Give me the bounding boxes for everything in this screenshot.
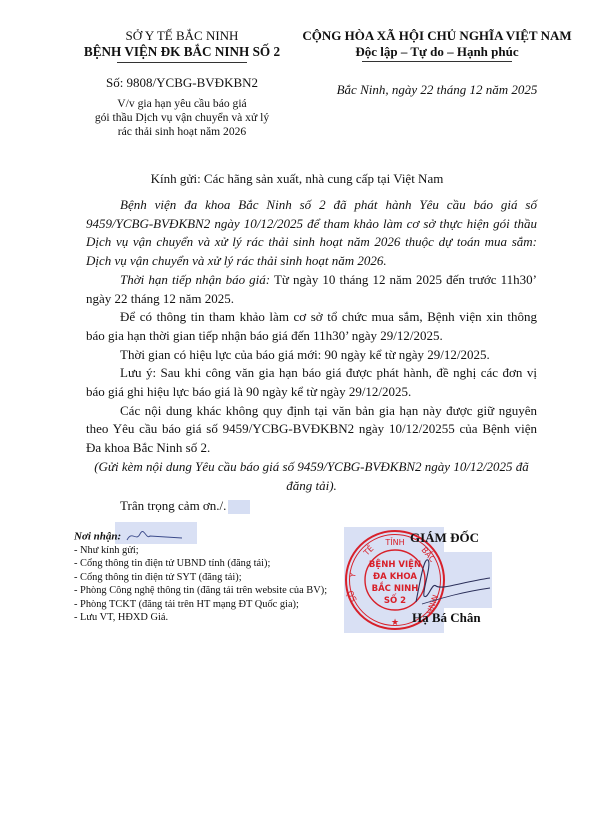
signer-title: GIÁM ĐỐC (410, 530, 479, 546)
svg-text:SỞ: SỞ (344, 588, 359, 604)
signer-name: Hạ Bá Chân (412, 610, 481, 626)
recipient-item: - Như kính gửi; (74, 544, 364, 557)
initial-mark (228, 500, 250, 514)
paragraph-1: Bệnh viện đa khoa Bắc Ninh số 2 đã phát … (86, 196, 537, 271)
subject-line: V/v gia hạn yêu cầu báo giá (64, 97, 300, 111)
divider (362, 61, 512, 62)
salutation: Kính gửi: Các hãng sản xuất, nhà cung cấ… (0, 171, 594, 187)
doc-number: Số: 9808/YCBG-BVĐKBN2 (64, 75, 300, 91)
paragraph-2: Thời hạn tiếp nhận báo giá: Từ ngày 10 t… (86, 271, 537, 308)
paragraph-3: Để có thông tin tham khảo làm cơ sở tổ c… (86, 308, 537, 345)
recipient-item: - Lưu VT, HĐXD Giá. (74, 611, 364, 624)
paragraph-6: Các nội dung khác không quy định tại văn… (86, 402, 537, 458)
recipients-title: Nơi nhận: (74, 530, 364, 544)
recipients: Nơi nhận: - Như kính gửi; - Cổng thông t… (74, 530, 364, 624)
nation-title: CỘNG HÒA XÃ HỘI CHỦ NGHĨA VIỆT NAM (292, 28, 582, 44)
svg-text:TỈNH: TỈNH (384, 536, 404, 547)
subject-line: rác thải sinh hoạt năm 2026 (64, 125, 300, 139)
paragraph-4: Thời gian có hiệu lực của báo giá mới: 9… (86, 346, 537, 365)
paragraph-5: Lưu ý: Sau khi công văn gia hạn báo giá … (86, 364, 537, 401)
subject-line: gói thầu Dịch vụ vận chuyển và xử lý (64, 111, 300, 125)
header-right: CỘNG HÒA XÃ HỘI CHỦ NGHĨA VIỆT NAM Độc l… (292, 28, 582, 98)
divider (117, 62, 247, 63)
closing: Trân trọng cảm ơn./. (86, 497, 537, 516)
recipient-item: - Cổng thông tin điện tử SYT (đăng tải); (74, 571, 364, 584)
svg-text:★: ★ (391, 617, 399, 627)
attachment-note: (Gửi kèm nội dung Yêu cầu báo giá số 945… (86, 458, 537, 495)
initial-signature-icon (124, 530, 184, 544)
document-body: Bệnh viện đa khoa Bắc Ninh số 2 đã phát … (86, 196, 537, 516)
subject: V/v gia hạn yêu cầu báo giá gói thầu Dịc… (64, 97, 300, 139)
recipient-item: - Cổng thông tin điện tử UBND tỉnh (đăng… (74, 557, 364, 570)
deadline-label: Thời hạn tiếp nhận báo giá: (120, 272, 270, 287)
recipient-item: - Phòng TCKT (đăng tải trên HT mạng ĐT Q… (74, 598, 364, 611)
closing-text: Trân trọng cảm ơn./. (120, 498, 226, 513)
signature-icon (402, 552, 494, 608)
motto: Độc lập – Tự do – Hạnh phúc (292, 44, 582, 60)
recipient-item: - Phòng Công nghệ thông tin (đăng tải tr… (74, 584, 364, 597)
agency-name: SỞ Y TẾ BẮC NINH (64, 28, 300, 44)
place-date: Bắc Ninh, ngày 22 tháng 12 năm 2025 (292, 82, 582, 98)
header-left: SỞ Y TẾ BẮC NINH BỆNH VIỆN ĐK BẮC NINH S… (64, 28, 300, 139)
hospital-name: BỆNH VIỆN ĐK BẮC NINH SỐ 2 (64, 44, 300, 60)
